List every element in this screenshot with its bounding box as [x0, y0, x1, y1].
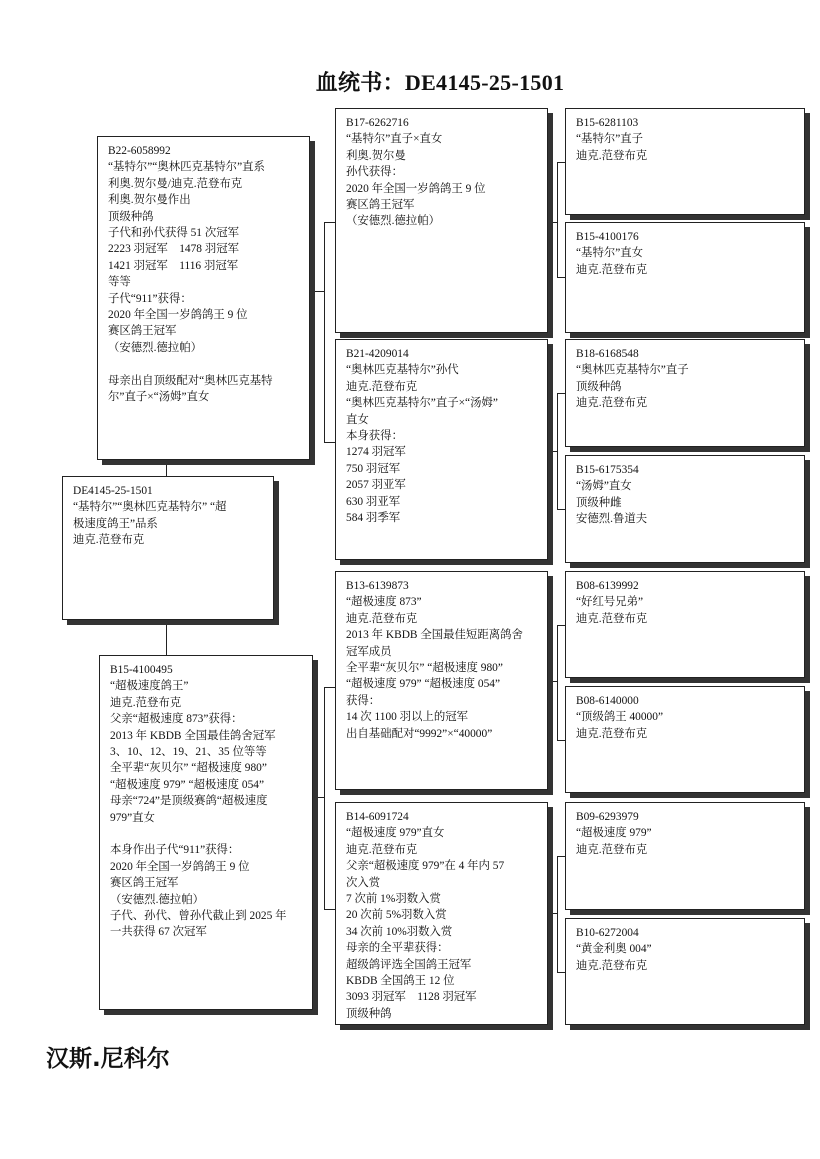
connector-line	[557, 162, 565, 163]
pedigree-text: 1274 羽冠军	[346, 444, 537, 460]
pedigree-text: 迪克.范登布克	[73, 532, 263, 548]
pedigree-text: 迪克.范登布克	[576, 148, 794, 164]
pedigree-text: “顶级鸽王 40000”	[576, 709, 794, 725]
pedigree-text: 父亲“超极速度 979”在 4 年内 57	[346, 858, 537, 874]
connector-line	[557, 740, 565, 741]
pedigree-text: 顶级种鸽	[108, 209, 299, 225]
ring-number: B08-6139992	[576, 578, 794, 594]
connector-line	[166, 460, 167, 476]
pedigree-text: 14 次 1100 羽以上的冠军	[346, 709, 537, 725]
pedigree-text: 顶级种鸽	[576, 379, 794, 395]
ring-number: B13-6139873	[346, 578, 537, 594]
page-title: 血统书：DE4145-25-1501	[0, 66, 820, 97]
pedigree-box-dam-sire: B13-6139873 “超极速度 873” 迪克.范登布克 2013 年 KB…	[335, 571, 548, 790]
pedigree-text: 迪克.范登布克	[576, 611, 794, 627]
pedigree-text: 母亲出自顶级配对“奥林匹克基特	[108, 373, 299, 389]
connector-line	[557, 277, 565, 278]
connector-line	[324, 222, 325, 442]
ring-number: B15-6175354	[576, 462, 794, 478]
pedigree-text: “超极速度鸽王”	[110, 678, 302, 694]
connector-line	[557, 509, 565, 510]
breeder-name: 汉斯.尼科尔	[46, 1040, 170, 1073]
pedigree-text: 迪克.范登布克	[346, 842, 537, 858]
connector-line	[557, 856, 565, 857]
pedigree-text: “超极速度 979”	[576, 825, 794, 841]
ring-number: B15-6281103	[576, 115, 794, 131]
pedigree-text: 顶级种雌	[576, 495, 794, 511]
pedigree-text: 冠军成员	[346, 644, 537, 660]
ring-number: B08-6140000	[576, 693, 794, 709]
pedigree-text: “超极速度 979”直女	[346, 825, 537, 841]
pedigree-text: 979”直女	[110, 810, 302, 826]
pedigree-box-subject: DE4145-25-1501 “基特尔”“奥林匹克基特尔” “超 极速度鸽王”品…	[62, 476, 274, 620]
pedigree-text: 630 羽亚军	[346, 494, 537, 510]
spacer	[108, 356, 299, 372]
pedigree-text: 直女	[346, 412, 537, 428]
pedigree-text: “汤姆”直女	[576, 478, 794, 494]
connector-line	[557, 393, 565, 394]
pedigree-text: 等等	[108, 274, 299, 290]
pedigree-text: KBDB 全国鸽王 12 位	[346, 973, 537, 989]
pedigree-text: 一共获得 67 次冠军	[110, 924, 302, 940]
pedigree-box-ss-dam: B15-4100176 “基特尔”直女 迪克.范登布克	[565, 222, 805, 333]
pedigree-text: 母亲的全平辈获得：	[346, 940, 537, 956]
connector-line	[557, 972, 565, 973]
pedigree-text: 本身获得：	[346, 428, 537, 444]
pedigree-text: 孙代获得：	[346, 164, 537, 180]
connector-line	[166, 620, 167, 655]
pedigree-text: 迪克.范登布克	[346, 379, 537, 395]
pedigree-box-dam-dam: B14-6091724 “超极速度 979”直女 迪克.范登布克 父亲“超极速度…	[335, 802, 548, 1025]
pedigree-text: “超极速度 873”	[346, 594, 537, 610]
ring-number: B10-6272004	[576, 925, 794, 941]
ring-number: DE4145-25-1501	[73, 483, 263, 499]
connector-line	[557, 625, 565, 626]
pedigree-text: 子代“911”获得：	[108, 291, 299, 307]
pedigree-text: 迪克.范登布克	[576, 842, 794, 858]
pedigree-text: 本身作出子代“911”获得：	[110, 842, 302, 858]
pedigree-text: 34 次前 10%羽数入赏	[346, 924, 537, 940]
pedigree-text: （安德烈.德拉帕）	[346, 213, 537, 229]
pedigree-text: “基特尔”“奥林匹克基特尔”直系	[108, 159, 299, 175]
pedigree-text: “基特尔”直子×直女	[346, 131, 537, 147]
pedigree-text: “好红号兄弟”	[576, 594, 794, 610]
pedigree-text: 迪克.范登布克	[576, 958, 794, 974]
pedigree-text: 2020 年全国一岁鸽鸽王 9 位	[108, 307, 299, 323]
ring-number: B14-6091724	[346, 809, 537, 825]
pedigree-text: “基特尔”直子	[576, 131, 794, 147]
pedigree-box-ds-dam: B08-6140000 “顶级鸽王 40000” 迪克.范登布克	[565, 686, 805, 793]
connector-line	[324, 442, 335, 443]
pedigree-text: 7 次前 1%羽数入赏	[346, 891, 537, 907]
pedigree-text: 赛区鸽王冠军	[346, 197, 537, 213]
pedigree-text: 全平辈“灰贝尔” “超极速度 980”	[110, 760, 302, 776]
connector-line	[324, 687, 335, 688]
pedigree-text: 2013 年 KBDB 全国最佳短距离鸽舍	[346, 627, 537, 643]
pedigree-box-sd-sire: B18-6168548 “奥林匹克基特尔”直子 顶级种鸽 迪克.范登布克	[565, 339, 805, 447]
pedigree-text: 子代和孙代获得 51 次冠军	[108, 225, 299, 241]
ring-number: B21-4209014	[346, 346, 537, 362]
pedigree-text: 迪克.范登布克	[346, 611, 537, 627]
pedigree-text: 3093 羽冠军 1128 羽冠军	[346, 989, 537, 1005]
pedigree-text: 赛区鸽王冠军	[108, 323, 299, 339]
pedigree-text: “基特尔”直女	[576, 245, 794, 261]
pedigree-text: 次入赏	[346, 875, 537, 891]
spacer	[110, 826, 302, 842]
pedigree-text: 尔”直子×“汤姆”直女	[108, 389, 299, 405]
connector-line	[557, 856, 558, 972]
pedigree-box-sire-sire: B17-6262716 “基特尔”直子×直女 利奥.贺尔曼 孙代获得： 2020…	[335, 108, 548, 333]
pedigree-text: “奥林匹克基特尔”直子	[576, 362, 794, 378]
pedigree-box-ds-sire: B08-6139992 “好红号兄弟” 迪克.范登布克	[565, 571, 805, 678]
ring-number: B17-6262716	[346, 115, 537, 131]
connector-line	[324, 909, 335, 910]
connector-line	[557, 625, 558, 740]
ring-number: B18-6168548	[576, 346, 794, 362]
pedigree-text: 2013 年 KBDB 全国最佳鸽舍冠军	[110, 728, 302, 744]
pedigree-text: 顶级种鸽	[346, 1006, 537, 1022]
pedigree-box-dd-dam: B10-6272004 “黄金利奥 004” 迪克.范登布克	[565, 918, 805, 1025]
ring-number: B22-6058992	[108, 143, 299, 159]
pedigree-text: 母亲“724”是顶级赛鸽“超极速度	[110, 793, 302, 809]
pedigree-text: 子代、孙代、曾孙代截止到 2025 年	[110, 908, 302, 924]
pedigree-text: 2020 年全国一岁鸽鸽王 9 位	[110, 859, 302, 875]
pedigree-text: “超极速度 979” “超极速度 054”	[346, 676, 537, 692]
pedigree-text: 迪克.范登布克	[110, 695, 302, 711]
pedigree-text: （安德烈.德拉帕）	[110, 892, 302, 908]
pedigree-text: 584 羽季军	[346, 510, 537, 526]
pedigree-text: “超极速度 979” “超极速度 054”	[110, 777, 302, 793]
ring-number: B15-4100495	[110, 662, 302, 678]
pedigree-text: 2020 年全国一岁鸽鸽王 9 位	[346, 181, 537, 197]
pedigree-box-ss-sire: B15-6281103 “基特尔”直子 迪克.范登布克	[565, 108, 805, 215]
pedigree-text: 赛区鸽王冠军	[110, 875, 302, 891]
pedigree-text: 安德烈.鲁道夫	[576, 511, 794, 527]
pedigree-text: 迪克.范登布克	[576, 726, 794, 742]
connector-line	[324, 222, 335, 223]
pedigree-text: 迪克.范登布克	[576, 262, 794, 278]
pedigree-text: 750 羽冠军	[346, 461, 537, 477]
pedigree-text: 利奥.贺尔曼作出	[108, 192, 299, 208]
pedigree-box-sire-dam: B21-4209014 “奥林匹克基特尔”孙代 迪克.范登布克 “奥林匹克基特尔…	[335, 339, 548, 560]
pedigree-text: “黄金利奥 004”	[576, 941, 794, 957]
pedigree-text: 3、10、12、19、21、35 位等等	[110, 744, 302, 760]
pedigree-text: 极速度鸽王”品系	[73, 516, 263, 532]
ring-number: B09-6293979	[576, 809, 794, 825]
pedigree-text: 利奥.贺尔曼	[346, 148, 537, 164]
pedigree-text: 20 次前 5%羽数入赏	[346, 907, 537, 923]
pedigree-text: 2057 羽亚军	[346, 477, 537, 493]
pedigree-text: 超级鸽评选全国鸽王冠军	[346, 957, 537, 973]
connector-line	[557, 162, 558, 277]
pedigree-box-sire: B22-6058992 “基特尔”“奥林匹克基特尔”直系 利奥.贺尔曼/迪克.范…	[97, 136, 310, 460]
pedigree-text: “基特尔”“奥林匹克基特尔” “超	[73, 499, 263, 515]
pedigree-text: （安德烈.德拉帕）	[108, 340, 299, 356]
pedigree-text: 获得：	[346, 693, 537, 709]
pedigree-text: “奥林匹克基特尔”孙代	[346, 362, 537, 378]
pedigree-text: 父亲“超极速度 873”获得：	[110, 711, 302, 727]
ring-number: B15-4100176	[576, 229, 794, 245]
pedigree-box-dd-sire: B09-6293979 “超极速度 979” 迪克.范登布克	[565, 802, 805, 910]
connector-line	[557, 393, 558, 509]
pedigree-text: 出自基础配对“9992”×“40000”	[346, 726, 537, 742]
pedigree-text: 2223 羽冠军 1478 羽冠军	[108, 241, 299, 257]
pedigree-box-sd-dam: B15-6175354 “汤姆”直女 顶级种雌 安德烈.鲁道夫	[565, 455, 805, 563]
connector-line	[324, 687, 325, 909]
pedigree-text: “奥林匹克基特尔”直子×“汤姆”	[346, 395, 537, 411]
pedigree-text: 全平辈“灰贝尔” “超极速度 980”	[346, 660, 537, 676]
pedigree-text: 1421 羽冠军 1116 羽冠军	[108, 258, 299, 274]
pedigree-text: 迪克.范登布克	[576, 395, 794, 411]
pedigree-text: 利奥.贺尔曼/迪克.范登布克	[108, 176, 299, 192]
pedigree-box-dam: B15-4100495 “超极速度鸽王” 迪克.范登布克 父亲“超极速度 873…	[99, 655, 313, 1010]
